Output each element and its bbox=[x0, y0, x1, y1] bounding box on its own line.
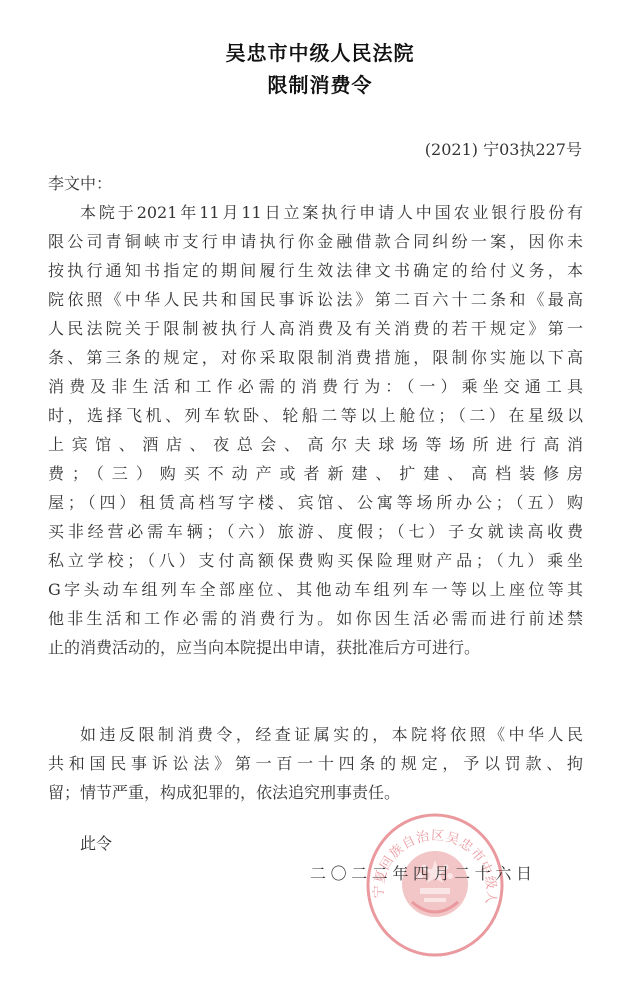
body-line: 条、第三条的规定，对你采取限制消费措施，限制你实施以下高 bbox=[48, 343, 583, 372]
warning-line: 共和国民事诉讼法》第一百一十四条的规定，予以罚款、拘 bbox=[48, 749, 583, 778]
warning-line: 留；情节严重，构成犯罪的，依法追究刑事责任。 bbox=[48, 778, 583, 807]
body-line: 时，选择飞机、列车软卧、轮船二等以上舱位；（二）在星级以 bbox=[48, 401, 583, 430]
body-line: G字头动车组列车全部座位、其他动车组列车一等以上座位等其 bbox=[48, 575, 583, 604]
body-line: 按执行通知书指定的期间履行生效法律文书确定的给付义务，本 bbox=[48, 256, 583, 285]
body-line: 上宾馆、酒店、夜总会、高尔夫球场等场所进行高消 bbox=[48, 430, 583, 459]
addressee: 李文中： bbox=[48, 169, 583, 198]
body-line: 屋；（四）租赁高档写字楼、宾馆、公寓等场所办公；（五）购 bbox=[48, 488, 583, 517]
body-line: 他非生活和工作必需的消费行为。如你因生活必需而进行前述禁 bbox=[48, 604, 583, 633]
body-line: 限公司青铜峡市支行申请执行你金融借款合同纠纷一案，因你未 bbox=[48, 227, 583, 256]
court-name: 吴忠市中级人民法院 bbox=[0, 37, 640, 66]
body-line: 止的消费活动的，应当向本院提出申请，获批准后方可进行。 bbox=[48, 633, 583, 662]
body-line: 人民法院关于限制被执行人高消费及有关消费的若干规定》第一 bbox=[48, 314, 583, 343]
body-line: 私立学校；（八）支付高额保费购买保险理财产品；（九）乘坐 bbox=[48, 546, 583, 575]
body-line: 本院于2021年11月11日立案执行申请人中国农业银行股份有 bbox=[80, 198, 583, 227]
document-title: 限制消费令 bbox=[0, 69, 640, 98]
body-line: 费；（三）购买不动产或者新建、扩建、高档装修房 bbox=[48, 459, 583, 488]
body-line: 院依照《中华人民共和国民事诉讼法》第二百六十二条和《最高 bbox=[48, 285, 583, 314]
warning-line: 如违反限制消费令，经查证属实的，本院将依照《中华人民 bbox=[80, 720, 583, 749]
body-line: 消费及非生活和工作必需的消费行为：（一）乘坐交通工具 bbox=[48, 372, 583, 401]
closing-text: 此令 bbox=[80, 829, 112, 858]
body-line: 买非经营必需车辆；（六）旅游、度假；（七）子女就读高收费 bbox=[48, 517, 583, 546]
case-number: (2021) 宁03执227号 bbox=[425, 137, 582, 160]
issue-date: 二〇二二年四月二十六日 bbox=[310, 859, 532, 888]
